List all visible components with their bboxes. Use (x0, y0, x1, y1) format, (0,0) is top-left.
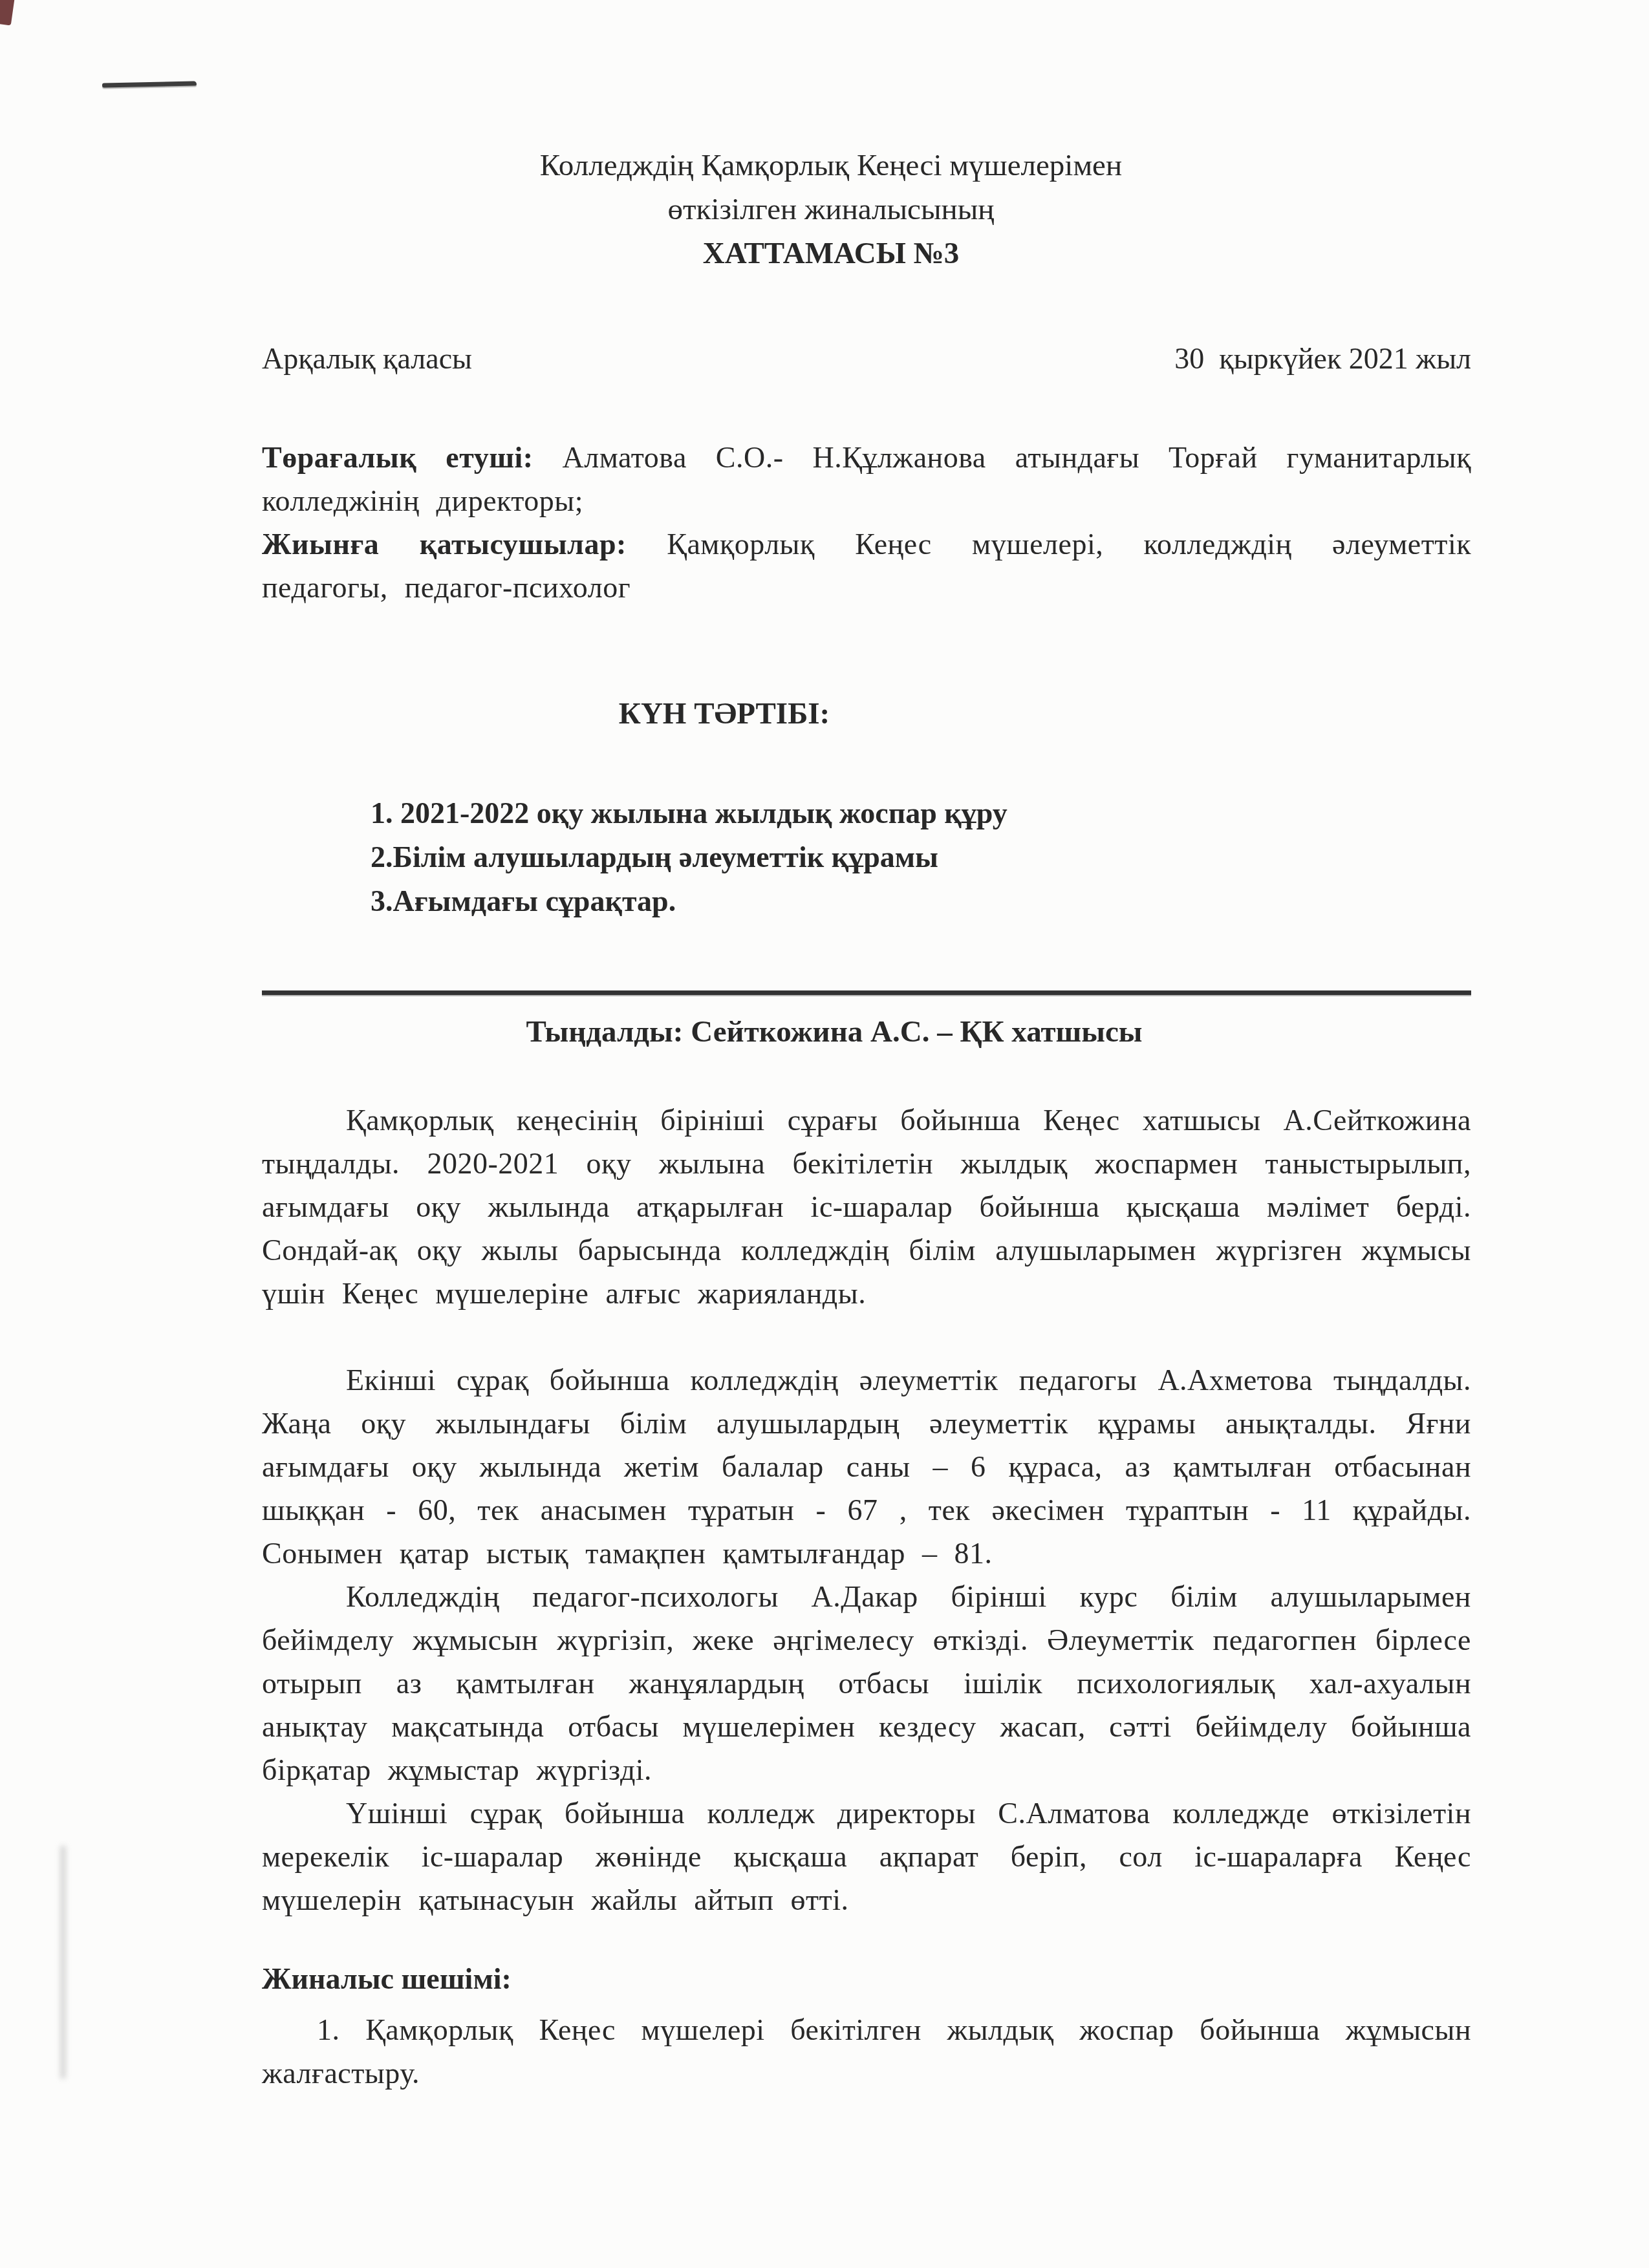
agenda-item-1: 1. 2021-2022 оқу жылына жылдық жоспар құ… (371, 791, 1471, 835)
pen-mark-artifact (102, 81, 197, 87)
place-date-row: Арқалық қаласы 30 қыркүйек 2021 жыл (262, 337, 1471, 380)
title-line-1: Колледждің Қамқорлық Кеңесі мүшелерімен (262, 144, 1400, 187)
chair-label: Төрағалық етуші: (262, 441, 533, 474)
scan-corner-artifact (0, 0, 15, 26)
agenda-item-2: 2.Білім алушылардың әлеуметтік құрамы (371, 835, 1471, 879)
decision-heading: Жиналыс шешімі: (262, 1958, 1471, 2000)
body-paragraph-1: Қамқорлық кеңесінің бірініші сұрағы бойы… (262, 1098, 1471, 1358)
title-line-3: ХАТТАМАСЫ №3 (262, 231, 1400, 275)
document-date: 30 қыркүйек 2021 жыл (1174, 337, 1471, 380)
decision-item-1: 1. Қамқорлық Кеңес мүшелері бекітілген ж… (262, 2008, 1471, 2095)
agenda-item-3: 3.Ағымдағы сұрақтар. (371, 879, 1471, 923)
participants-label: Жиынға қатысушылар: (262, 528, 627, 561)
body-paragraph-4: Үшінші сұрақ бойынша колледж директоры С… (262, 1792, 1471, 1921)
body-paragraph-3: Колледждің педагог-психологы А.Дакар бір… (262, 1575, 1471, 1792)
agenda-heading: КҮН ТӘРТІБІ: (262, 692, 1187, 736)
chair-paragraph: Төрағалық етуші: Алматова С.О.- Н.Құлжан… (262, 436, 1471, 609)
section-divider-line (262, 990, 1471, 995)
place-name: Арқалық қаласы (262, 337, 472, 380)
heard-heading: Тыңдалды: Сейткожина А.С. – ҚК хатшысы (262, 1012, 1406, 1052)
document-title: Колледждің Қамқорлық Кеңесі мүшелерімен … (262, 0, 1400, 275)
title-line-2: өткізілген жиналысының (262, 187, 1400, 231)
scan-smudge-artifact (60, 1846, 66, 2079)
body-paragraph-2: Екінші сұрақ бойынша колледждің әлеуметт… (262, 1358, 1471, 1575)
agenda-list: 1. 2021-2022 оқу жылына жылдық жоспар құ… (262, 791, 1471, 923)
scanned-protocol-page: Колледждің Қамқорлық Кеңесі мүшелерімен … (0, 0, 1649, 2268)
document-content: Колледждің Қамқорлық Кеңесі мүшелерімен … (262, 0, 1471, 2095)
